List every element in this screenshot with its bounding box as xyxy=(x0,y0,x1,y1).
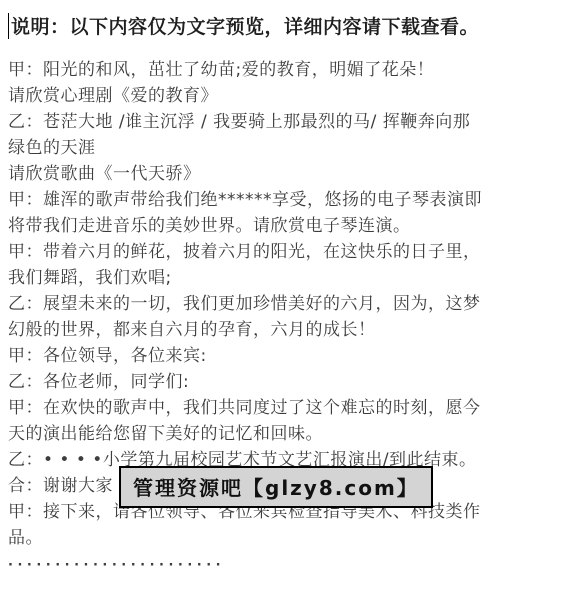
script-line: 乙：苍茫大地 /谁主沉浮 / 我要骑上那最烈的马/ 挥鞭奔向那 xyxy=(8,109,572,135)
script-line: 甲：阳光的和风，茁壮了幼苗;爱的教育，明媚了花朵！ xyxy=(8,57,572,83)
preview-notice: 说明：以下内容仅为文字预览，详细内容请下载查看。 xyxy=(11,12,479,39)
script-line: 天的演出能给您留下美好的记忆和回味。 xyxy=(8,421,572,447)
script-line: 请欣赏歌曲《一代天骄》 xyxy=(8,161,572,187)
preview-notice-row: 说明：以下内容仅为文字预览，详细内容请下载查看。 xyxy=(8,12,572,39)
script-line: 甲：带着六月的鲜花，披着六月的阳光，在这快乐的日子里， xyxy=(8,239,572,265)
script-line: 将带我们走进音乐的美妙世界。请欣赏电子琴连演。 xyxy=(8,213,572,239)
thanks-row: 合：谢谢大家 管理资源吧【glzy8.com】 xyxy=(8,473,572,499)
script-line: 合：谢谢大家 xyxy=(8,473,113,499)
script-line: 甲：雄浑的歌声带给我们绝******享受，悠扬的电子琴表演即 xyxy=(8,187,572,213)
script-line: 我们舞蹈，我们欢唱; xyxy=(8,265,572,291)
watermark-box: 管理资源吧【glzy8.com】 xyxy=(119,466,433,508)
text-cursor xyxy=(8,13,9,39)
dots-line: ······················· xyxy=(8,555,572,577)
script-line: 幻般的世界，都来自六月的孕育，六月的成长！ xyxy=(8,317,572,343)
script-line: 绿色的天涯 xyxy=(8,135,572,161)
script-line: 甲：各位领导，各位来宾: xyxy=(8,343,572,369)
script-line: 乙：展望未来的一切，我们更加珍惜美好的六月，因为，这梦 xyxy=(8,291,572,317)
script-line: 请欣赏心理剧《爱的教育》 xyxy=(8,83,572,109)
script-line: 品。 xyxy=(8,525,572,551)
script-line: 乙：各位老师，同学们: xyxy=(8,369,572,395)
document-preview: 说明：以下内容仅为文字预览，详细内容请下载查看。 甲：阳光的和风，茁壮了幼苗;爱… xyxy=(0,0,578,600)
script-line: 甲：在欢快的歌声中，我们共同度过了这个难忘的时刻，愿今 xyxy=(8,395,572,421)
